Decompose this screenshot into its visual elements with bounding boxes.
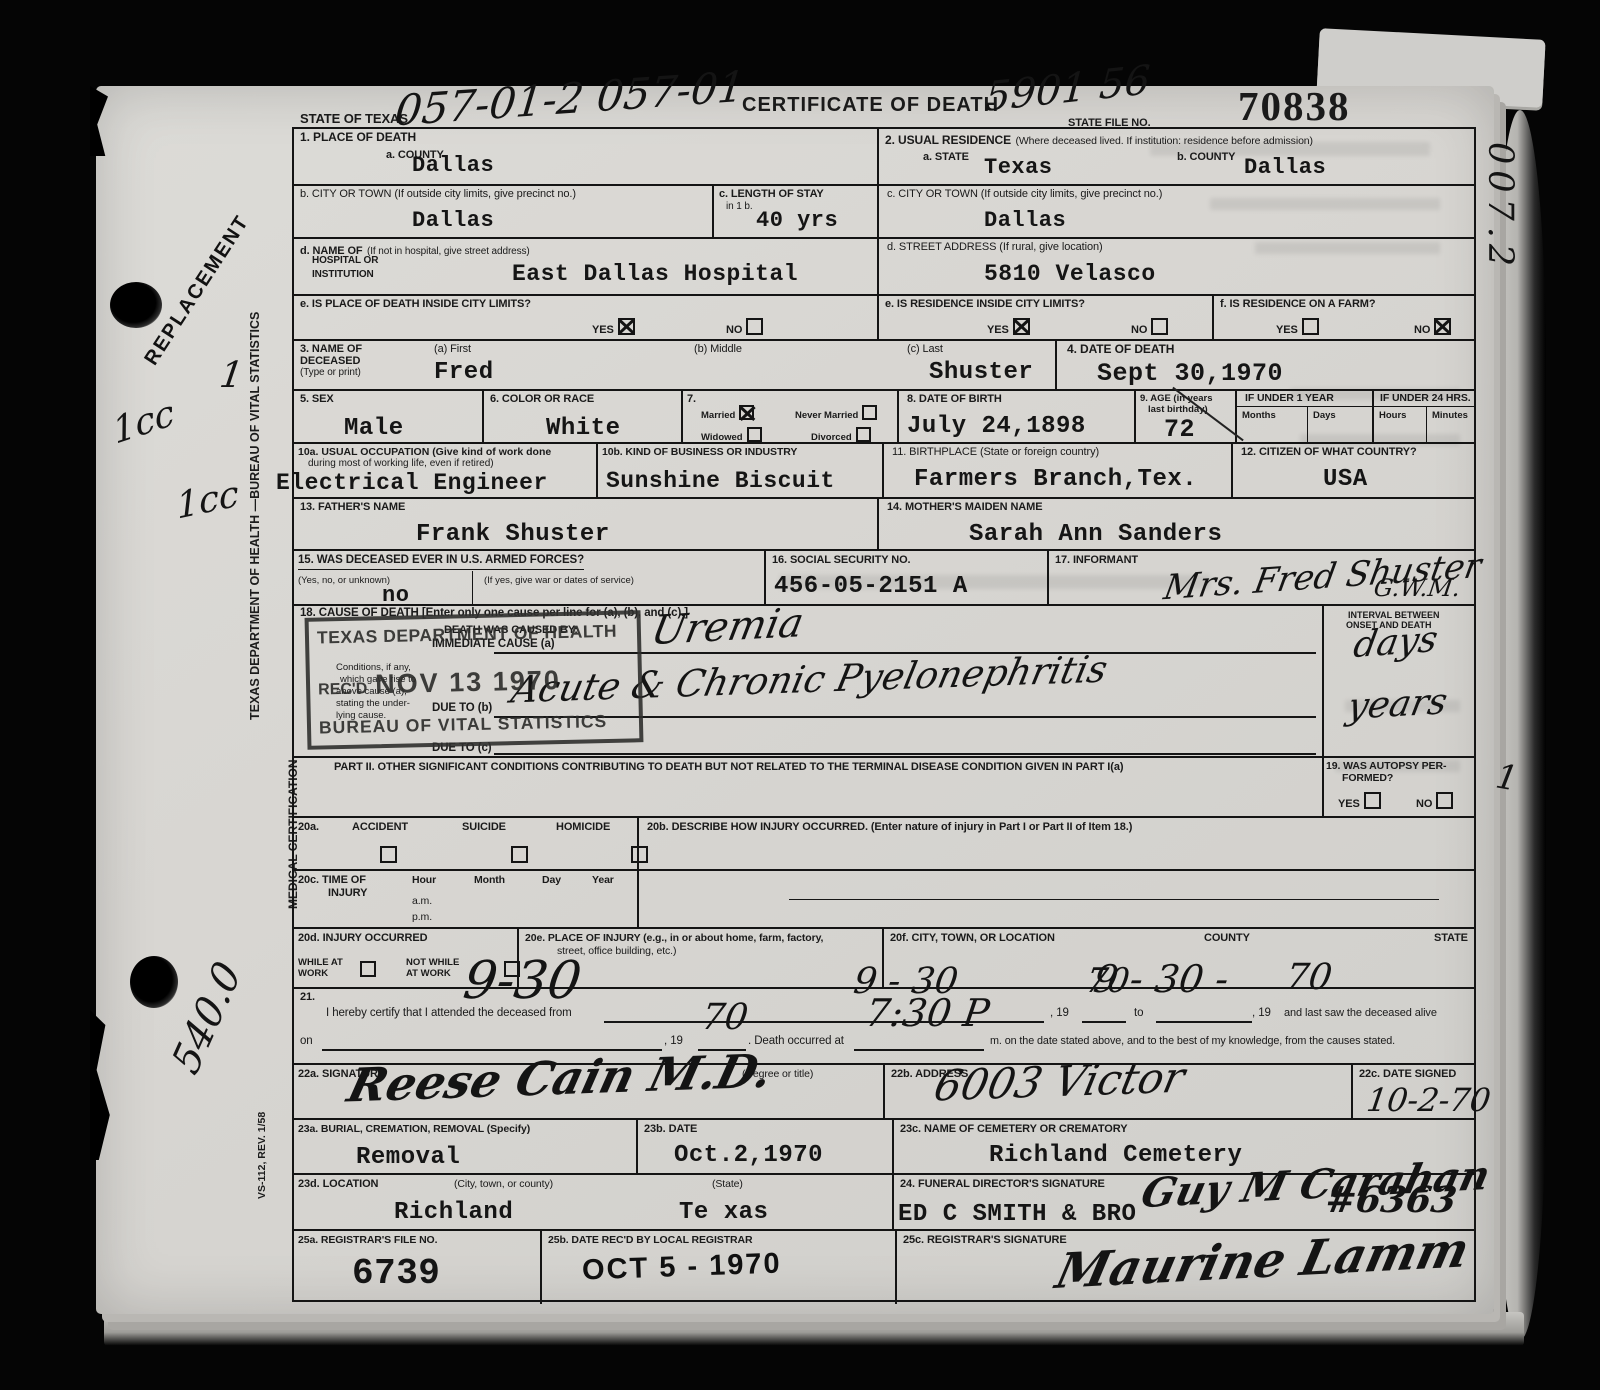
months-label: Months <box>1242 410 1276 421</box>
date-signed-label: 22c. DATE SIGNED <box>1359 1068 1456 1081</box>
punch-hole <box>110 282 162 328</box>
certify-alive-text: and last saw the deceased alive <box>1284 1007 1437 1020</box>
divorced-label: Divorced <box>811 432 852 443</box>
first-name-label: (a) First <box>434 343 471 356</box>
funeral-director-label: 24. FUNERAL DIRECTOR'S SIGNATURE <box>900 1178 1105 1191</box>
hospital-label-3: INSTITUTION <box>312 269 374 281</box>
location-city-value: Richland <box>394 1199 513 1226</box>
certify-to: to <box>1134 1007 1143 1020</box>
last-name-value: Shuster <box>929 359 1033 386</box>
hospital-value: East Dallas Hospital <box>512 261 798 287</box>
hours-label: Hours <box>1379 410 1406 421</box>
suicide-label: SUICIDE <box>462 821 506 834</box>
time-of-injury-label-2: INJURY <box>328 887 367 900</box>
certify-section-number: 21. <box>300 991 315 1004</box>
sex-value: Male <box>344 415 404 442</box>
injury-answer-line <box>789 899 1439 900</box>
widowed-label: Widowed <box>701 432 743 443</box>
birthplace-value: Farmers Branch,Tex. <box>914 466 1197 493</box>
certify-year-3: 70 <box>699 997 751 1038</box>
certify-line-2 <box>1082 1021 1126 1023</box>
age-value: 72 <box>1164 415 1195 444</box>
cause-line-c <box>494 753 1316 755</box>
citizen-value: USA <box>1323 466 1368 493</box>
scanned-death-certificate: REPLACEMENT TEXAS DEPARTMENT OF HEALTH —… <box>0 0 1600 1390</box>
am-label: a.m. <box>412 895 432 907</box>
armed-forces-sub2: (If yes, give war or dates of service) <box>484 575 634 586</box>
date-of-death-value: Sept 30,1970 <box>1097 359 1283 388</box>
injury-occurred-label: 20d. INJURY OCCURRED <box>298 932 427 945</box>
middle-name-label: (b) Middle <box>694 343 742 356</box>
residence-city-limits-label: e. IS RESIDENCE INSIDE CITY LIMITS? <box>885 298 1085 311</box>
yes-checkbox[interactable] <box>1302 318 1319 335</box>
certify-line-6 <box>854 1049 984 1051</box>
burial-cremation-label: 23a. BURIAL, CREMATION, REMOVAL (Specify… <box>298 1123 530 1135</box>
divorced-checkbox[interactable] <box>856 427 871 442</box>
certificate-title: CERTIFICATE OF DEATH <box>742 94 999 117</box>
residence-county-value: Dallas <box>1244 155 1326 180</box>
first-name-value: Fred <box>434 359 494 386</box>
length-of-stay-sub: in 1 b. <box>726 201 753 213</box>
part-2-label: PART II. OTHER SIGNIFICANT CONDITIONS CO… <box>334 761 1294 774</box>
date-of-birth-label: 8. DATE OF BIRTH <box>907 393 1002 406</box>
registrar-signature: Maurine Lamm <box>1051 1222 1475 1300</box>
location-state-value: Te xas <box>679 1199 768 1226</box>
certify-to-date: 9 - 30 - <box>1091 957 1232 1001</box>
name-of-deceased-label-1: 3. NAME OF <box>300 343 362 356</box>
ssn-value: 456-05-2151 A <box>774 573 968 600</box>
injury-city-label: 20f. CITY, TOWN, OR LOCATION <box>890 932 1055 945</box>
accident-label: ACCIDENT <box>352 821 408 834</box>
hour-label: Hour <box>412 874 436 886</box>
certify-year-2: 70 <box>1283 957 1335 998</box>
location-sub-1: (City, town, or county) <box>454 1178 553 1190</box>
location-sub-2: (State) <box>712 1178 743 1190</box>
yes-label: YES <box>1338 798 1360 810</box>
date-of-death-label: 4. DATE OF DEATH <box>1067 343 1174 357</box>
interval-b-handwriting: years <box>1344 681 1451 728</box>
certify-on: on <box>300 1035 313 1048</box>
location-label: 23d. LOCATION <box>298 1178 378 1191</box>
minutes-label: Minutes <box>1432 410 1468 421</box>
informant-initials-handwriting: G.W.M. <box>1372 574 1462 602</box>
date-of-birth-value: July 24,1898 <box>907 413 1086 440</box>
stamp-line-3: BUREAU OF VITAL STATISTICS <box>319 710 631 738</box>
no-checkbox[interactable] <box>1151 318 1168 335</box>
usual-residence-note: (Where deceased lived. If institution: r… <box>1015 135 1312 147</box>
color-or-race-label: 6. COLOR OR RACE <box>490 393 594 406</box>
industry-label: 10b. KIND OF BUSINESS OR INDUSTRY <box>602 446 797 458</box>
residence-state-value: Texas <box>984 155 1053 180</box>
margin-form-number: VS-112, REV. 1/58 <box>256 1090 268 1220</box>
suicide-checkbox[interactable] <box>511 846 528 863</box>
occupation-value: Electrical Engineer <box>276 470 548 496</box>
margin-department-text: TEXAS DEPARTMENT OF HEALTH —BUREAU OF VI… <box>248 285 262 747</box>
place-city-value: Dallas <box>412 208 494 233</box>
not-while-at-work-label-1: NOT WHILE <box>406 957 459 968</box>
autopsy-label-2: FORMED? <box>1342 772 1393 784</box>
no-label: NO <box>1131 324 1147 336</box>
date-received-stamp: OCT 5 - 1970 <box>581 1248 782 1288</box>
residence-county-label: b. COUNTY <box>1177 151 1235 164</box>
armed-forces-value: no <box>382 583 409 608</box>
registrar-file-no-label: 25a. REGISTRAR'S FILE NO. <box>298 1234 437 1246</box>
not-while-at-work-label-2: AT WORK <box>406 968 451 979</box>
age-label-1: 9. AGE (in years <box>1140 393 1213 404</box>
no-label: NO <box>726 324 742 336</box>
while-at-work-label-2: WORK <box>298 968 328 979</box>
birthplace-label: 11. BIRTHPLACE (State or foreign country… <box>892 446 1099 459</box>
certificate-form: 1. PLACE OF DEATH a. COUNTY Dallas 2. US… <box>292 127 1476 1302</box>
autopsy-yes-checkbox[interactable] <box>1364 792 1381 809</box>
type-or-print-note: (Type or print) <box>300 367 361 379</box>
industry-value: Sunshine Biscuit <box>606 468 835 494</box>
accident-section-number: 20a. <box>298 821 319 834</box>
burial-date-label: 23b. DATE <box>644 1123 697 1136</box>
day-label: Day <box>542 874 561 886</box>
certify-line-3 <box>1156 1021 1252 1023</box>
never-married-checkbox[interactable] <box>862 405 877 420</box>
length-of-stay-label: c. LENGTH OF STAY <box>719 188 824 201</box>
describe-injury-label: 20b. DESCRIBE HOW INJURY OCCURRED. (Ente… <box>647 821 1132 834</box>
place-of-injury-label-1: 20e. PLACE OF INJURY (e.g., in or about … <box>525 932 823 944</box>
residence-farm-label: f. IS RESIDENCE ON A FARM? <box>1220 298 1375 311</box>
stamp-date: NOV 13 1970 <box>375 665 561 700</box>
occupation-label-2: during most of working life, even if ret… <box>308 458 494 470</box>
certify-on-date: 9-30 <box>460 951 585 1011</box>
margin-right-handwritten-code: 007.2 <box>1480 142 1520 382</box>
certify-19a: , 19 <box>1050 1007 1069 1020</box>
homicide-label: HOMICIDE <box>556 821 610 834</box>
occupation-label-1: 10a. USUAL OCCUPATION (Give kind of work… <box>298 446 551 459</box>
hospital-label-2: HOSPITAL OR <box>312 255 378 267</box>
while-at-work-checkbox[interactable] <box>360 961 376 977</box>
length-of-stay-value: 40 yrs <box>756 208 838 233</box>
year-label: Year <box>592 874 614 886</box>
citizen-label: 12. CITIZEN OF WHAT COUNTRY? <box>1241 446 1417 459</box>
page-stack-bottom-edge <box>104 1312 1524 1346</box>
mothers-maiden-name-value: Sarah Ann Sanders <box>969 521 1222 548</box>
married-label: Married <box>701 410 735 421</box>
residence-city-label: c. CITY OR TOWN (If outside city limits,… <box>887 188 1162 201</box>
hospital-name-note: (If not in hospital, give street address… <box>367 246 530 257</box>
no-label: NO <box>1416 798 1432 810</box>
injury-state-label: STATE <box>1434 932 1468 945</box>
state-of-texas-label: STATE OF TEXAS <box>300 112 408 127</box>
married-checkbox[interactable] <box>739 405 754 420</box>
place-of-death-label: 1. PLACE OF DEATH <box>300 131 416 145</box>
burial-date-value: Oct.2,1970 <box>674 1142 823 1169</box>
pm-label: p.m. <box>412 911 432 923</box>
certify-m-text: m. on the date stated above, and to the … <box>990 1035 1395 1047</box>
last-name-label: (c) Last <box>907 343 943 356</box>
widowed-checkbox[interactable] <box>747 427 762 442</box>
certify-19b: , 19 <box>1252 1007 1271 1020</box>
ssn-label: 16. SOCIAL SECURITY NO. <box>772 554 911 567</box>
yes-checkbox[interactable] <box>1013 318 1030 335</box>
informant-label: 17. INFORMANT <box>1055 554 1138 567</box>
month-label: Month <box>474 874 505 886</box>
yes-label: YES <box>987 324 1009 336</box>
interval-a-handwriting: days <box>1350 619 1440 666</box>
street-address-label: d. STREET ADDRESS (If rural, give locati… <box>887 241 1103 254</box>
date-recd-label: 25b. DATE REC'D BY LOCAL REGISTRAR <box>548 1234 752 1246</box>
fathers-name-label: 13. FATHER'S NAME <box>300 501 405 514</box>
accident-checkbox[interactable] <box>380 846 397 863</box>
cemetery-label: 23c. NAME OF CEMETERY OR CREMATORY <box>900 1123 1127 1136</box>
autopsy-no-checkbox[interactable] <box>1436 792 1453 809</box>
city-or-town-label: b. CITY OR TOWN (If outside city limits,… <box>300 188 700 201</box>
punch-hole <box>130 956 178 1008</box>
place-city-limits-label: e. IS PLACE OF DEATH INSIDE CITY LIMITS? <box>300 298 531 311</box>
while-at-work-label-1: WHILE AT <box>298 957 343 968</box>
street-address-value: 5810 Velasco <box>984 261 1156 287</box>
armed-forces-label: 15. WAS DECEASED EVER IN U.S. ARMED FORC… <box>298 554 584 570</box>
mothers-maiden-name-label: 14. MOTHER'S MAIDEN NAME <box>887 501 1042 514</box>
name-of-deceased-label-2: DECEASED <box>300 355 360 368</box>
date-signed-handwriting: 10-2-70 <box>1364 1081 1493 1119</box>
autopsy-label-1: 19. WAS AUTOPSY PER- <box>1326 760 1446 772</box>
burial-type-value: Removal <box>356 1144 460 1171</box>
registrar-file-no-value: 6739 <box>352 1253 440 1294</box>
received-date-stamp: TEXAS DEPARTMENT OF HEALTH REC'D NOV 13 … <box>305 610 644 750</box>
physician-address-handwriting: 6003 Victor <box>930 1052 1189 1110</box>
stamp-line-1: TEXAS DEPARTMENT OF HEALTH <box>317 620 629 648</box>
armed-forces-sub1: (Yes, no, or unknown) <box>298 575 390 586</box>
color-or-race-value: White <box>546 415 621 442</box>
residence-city-value: Dallas <box>984 208 1066 233</box>
yes-label: YES <box>1276 324 1298 336</box>
injury-county-label: COUNTY <box>1204 932 1250 945</box>
marital-status-number: 7. <box>687 393 696 406</box>
fathers-name-value: Frank Shuster <box>416 521 610 548</box>
if-under-24-hrs-label: IF UNDER 24 HRS. <box>1380 392 1471 404</box>
never-married-label: Never Married <box>795 410 858 421</box>
usual-residence-label: 2. USUAL RESIDENCE <box>885 133 1011 147</box>
cemetery-value: Richland Cemetery <box>989 1142 1242 1169</box>
registrar-signature-label: 25c. REGISTRAR'S SIGNATURE <box>903 1234 1067 1247</box>
no-label: NO <box>1414 324 1430 336</box>
yes-label: YES <box>592 324 614 336</box>
state-label: a. STATE <box>923 151 969 164</box>
no-checkbox[interactable] <box>746 318 763 335</box>
if-under-1-year-label: IF UNDER 1 YEAR <box>1245 392 1334 404</box>
state-file-number: 70838 <box>1238 82 1351 130</box>
funeral-home-value: ED C SMITH & BRO <box>898 1201 1136 1228</box>
sex-label: 5. SEX <box>300 393 334 406</box>
yes-checkbox[interactable] <box>618 318 635 335</box>
no-checkbox[interactable] <box>1434 318 1451 335</box>
certify-time: 7:30 P <box>863 991 992 1035</box>
stamp-recd: REC'D <box>318 680 368 699</box>
cause-a-handwriting: Uremia <box>648 600 808 654</box>
time-of-injury-label-1: 20c. TIME OF <box>298 874 366 887</box>
place-county-value: Dallas <box>412 153 494 178</box>
days-label: Days <box>1313 410 1336 421</box>
